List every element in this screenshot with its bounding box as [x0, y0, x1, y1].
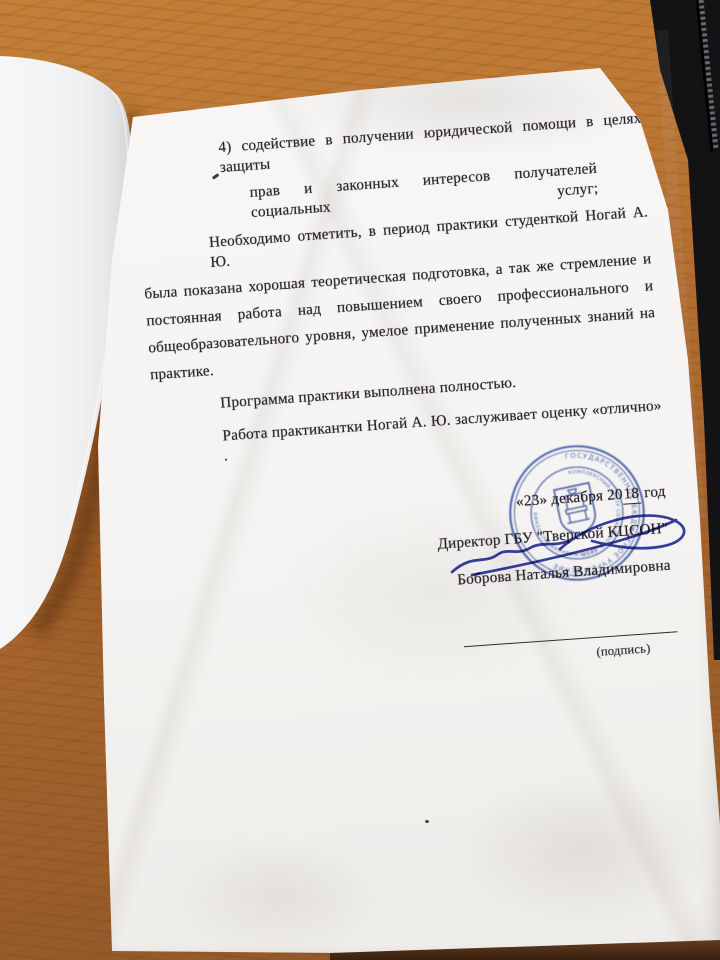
signature-ink [425, 492, 715, 592]
photo-of-document: 4) содействие в получении юридической по… [0, 0, 720, 960]
ink-speck [425, 820, 429, 823]
signature-stroke [560, 516, 684, 549]
typed-text-block: 4) содействие в получении юридической по… [134, 109, 679, 690]
